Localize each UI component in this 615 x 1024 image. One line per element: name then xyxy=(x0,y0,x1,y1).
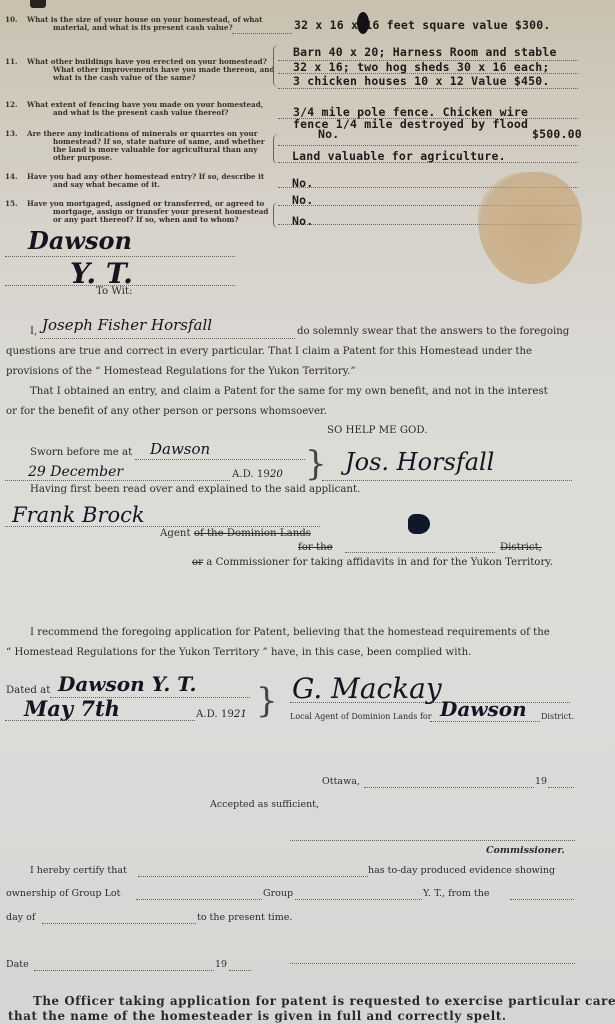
answer-10: 32 x 16 x 16 feet square value $300. xyxy=(294,18,550,32)
sworn-place-line xyxy=(135,459,305,460)
handwritten-sworn-date: 29 December xyxy=(28,464,123,480)
brace xyxy=(273,134,278,164)
ad-label-2: A.D. 1921 xyxy=(196,709,247,720)
handwritten-sworn-place: Dawson xyxy=(150,440,210,458)
for-the-struck: for the xyxy=(298,542,333,553)
handwritten-local-district: Dawson xyxy=(440,697,527,721)
district-struck: District, xyxy=(500,542,542,553)
commissioner-signature-line xyxy=(290,840,575,841)
recommend-line1: I recommend the foregoing application fo… xyxy=(30,627,550,638)
cert-lot-line xyxy=(136,899,262,900)
question-15: 15. Have you mortgaged, assigned or tran… xyxy=(5,200,275,228)
local-agent-signature: G. Mackay xyxy=(292,672,442,705)
cert-group-label: Group xyxy=(263,888,293,899)
cert-yt-label: Y. T., from the xyxy=(423,888,489,899)
dated-label: Dated at xyxy=(6,685,50,696)
answer-12-value: $500.00 xyxy=(532,127,582,141)
handwritten-dated-date: May 7th xyxy=(24,696,120,721)
question-12: 12. What extent of fencing have you made… xyxy=(5,101,275,121)
accepted-label: Accepted as sufficient, xyxy=(210,799,319,810)
answer-12-no: No. xyxy=(318,127,339,141)
answer-11-line3: 3 chicken houses 10 x 12 Value $450. xyxy=(293,74,549,88)
answer-13: Land valuable for agriculture. xyxy=(292,149,506,163)
question-13: 13. Are there any indications of mineral… xyxy=(5,130,275,166)
ottawa-date-line xyxy=(364,787,534,788)
commissioner-label: Commissioner. xyxy=(486,845,565,856)
brace xyxy=(273,45,278,87)
district-line xyxy=(345,552,495,553)
cert-signature-line xyxy=(290,963,575,964)
cert-date-label: Date xyxy=(6,959,29,970)
district-label: District. xyxy=(541,712,574,721)
handwritten-place: Dawson xyxy=(28,226,132,255)
handwritten-ad-year: 20 xyxy=(270,469,283,480)
cert-date-line xyxy=(34,970,214,971)
oath-line2: questions are true and correct in every … xyxy=(6,346,532,357)
sworn-date-line xyxy=(5,480,230,481)
answer-line xyxy=(232,33,292,34)
cert-line1-suffix: has to-day produced evidence showing xyxy=(368,865,555,876)
cert-line2-prefix: ownership of Group Lot xyxy=(6,888,120,899)
handwritten-applicant-name: Joseph Fisher Horsfall xyxy=(42,316,212,334)
so-help-me-god: SO HELP ME GOD. xyxy=(327,425,427,436)
brace: } xyxy=(256,684,278,718)
entry-line2: or for the benefit of any other person o… xyxy=(6,406,327,417)
answer-15-line2: No. xyxy=(292,214,313,228)
answer-line xyxy=(278,145,578,146)
to-wit-label: To Wit: xyxy=(96,286,132,297)
ottawa-year-line xyxy=(548,787,574,788)
sworn-label: Sworn before me at xyxy=(30,447,132,458)
ink-blot xyxy=(357,12,369,34)
ottawa-label: Ottawa, xyxy=(322,776,360,787)
explained-label: Having first been read over and explaine… xyxy=(30,484,360,495)
notice-line2: that the name of the homesteader is give… xyxy=(8,1009,507,1023)
water-stain xyxy=(478,172,582,284)
handwritten-dated-place: Dawson Y. T. xyxy=(58,672,197,696)
answer-line xyxy=(278,88,578,89)
cert-day-line xyxy=(42,923,196,924)
notice-line1: The Officer taking application for paten… xyxy=(33,994,615,1008)
question-14: 14. Have you had any other homestead ent… xyxy=(5,173,275,193)
oath-i-prefix: I, xyxy=(30,326,37,337)
oath-line1: do solemnly swear that the answers to th… xyxy=(297,326,569,337)
agent-signature: Frank Brock xyxy=(12,503,145,527)
applicant-signature: Jos. Horsfall xyxy=(345,448,494,476)
oath-line3: provisions of the “ Homestead Regulation… xyxy=(6,366,356,377)
cert-from-line xyxy=(510,899,574,900)
ad-label: A.D. 1920 xyxy=(232,469,283,480)
applicant-name-line xyxy=(40,338,295,339)
handwritten-ad-year-2: 21 xyxy=(234,709,247,720)
applicant-signature-line xyxy=(322,480,572,481)
cert-line3-suffix: to the present time. xyxy=(197,912,292,923)
ink-blot xyxy=(30,0,46,8)
answer-14: No. xyxy=(292,176,313,190)
local-district-line xyxy=(430,721,540,722)
brace: } xyxy=(305,447,327,481)
cert-year-line xyxy=(229,970,251,971)
ink-blot xyxy=(408,514,430,534)
answer-15-line1: No. xyxy=(292,193,313,207)
local-agent-label: Local Agent of Dominion Lands for xyxy=(290,712,432,721)
cert-date-year: 19 xyxy=(215,959,227,970)
cert-group-line xyxy=(295,899,422,900)
cert-line3-prefix: day of xyxy=(6,912,35,923)
ottawa-year: 19 xyxy=(535,776,547,787)
cert-line1-prefix: I hereby certify that xyxy=(30,865,127,876)
question-11: 11. What other buildings have you erecte… xyxy=(5,58,275,88)
commissioner-line: or a Commissioner for taking affidavits … xyxy=(192,557,553,568)
recommend-line2: “ Homestead Regulations for the Yukon Te… xyxy=(6,647,471,658)
agent-title: Agent of the Dominion Lands xyxy=(160,528,311,539)
answer-11-line1: Barn 40 x 20; Harness Room and stable xyxy=(293,45,557,59)
cert-name-line xyxy=(138,876,368,877)
answer-11-line2: 32 x 16; two hog sheds 30 x 16 each; xyxy=(293,60,549,74)
entry-line1: That I obtained an entry, and claim a Pa… xyxy=(30,386,548,397)
